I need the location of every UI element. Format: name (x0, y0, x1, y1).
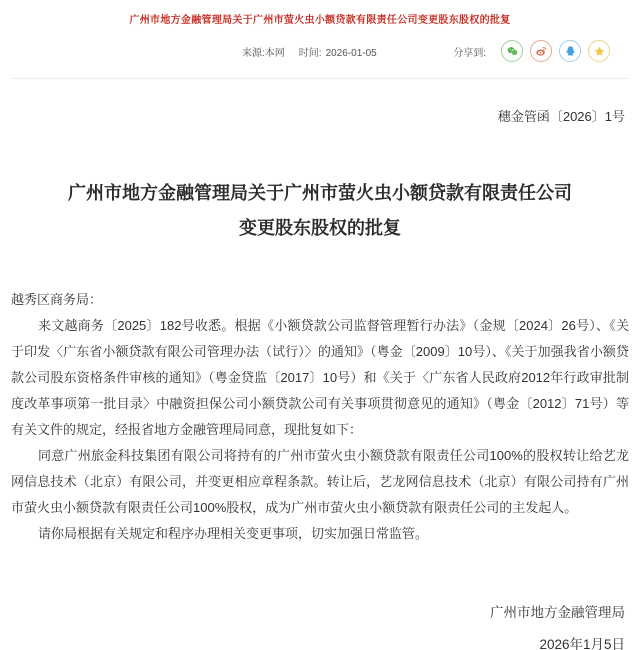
header-divider (12, 78, 628, 79)
time-field: 时间:2026-01-05 (299, 44, 377, 59)
share-label: 分享到: (453, 44, 486, 59)
star-icon (593, 45, 606, 58)
time-label: 时间: (299, 48, 322, 59)
article-header-title: 广州市地方金融管理局关于广州市萤火虫小额贷款有限责任公司变更股东股权的批复 (0, 0, 640, 26)
document-number: 穗金管函〔2026〕1号 (0, 106, 640, 125)
share-favorite-button[interactable] (588, 40, 610, 62)
qq-icon (564, 45, 577, 58)
source-label: 来源:本网 (242, 44, 285, 59)
document-paragraph-3: 请你局根据有关规定和程序办理相关变更事项，切实加强日常监管。 (11, 521, 629, 547)
signature-date: 2026年1月5日 (0, 635, 625, 650)
signature-block: 广州市地方金融管理局 2026年1月5日 (0, 603, 640, 650)
document-title-line2: 变更股东股权的批复 (0, 216, 640, 241)
share-wechat-button[interactable] (501, 40, 523, 62)
document-title-line1: 广州市地方金融管理局关于广州市萤火虫小额贷款有限责任公司 (0, 181, 640, 206)
share-group: 分享到: (453, 40, 610, 62)
weibo-icon (535, 45, 548, 58)
time-value: 2026-01-05 (326, 48, 377, 59)
document-paragraph-1: 来文越商务〔2025〕182号收悉。根据《小额贷款公司监督管理暂行办法》（金规〔… (11, 313, 629, 443)
signature-organization: 广州市地方金融管理局 (0, 603, 625, 623)
salutation: 越秀区商务局： (11, 287, 629, 313)
share-qq-button[interactable] (559, 40, 581, 62)
page: 广州市地方金融管理局关于广州市萤火虫小额贷款有限责任公司变更股东股权的批复 来源… (0, 0, 640, 650)
document-title: 广州市地方金融管理局关于广州市萤火虫小额贷款有限责任公司 变更股东股权的批复 (0, 181, 640, 241)
wechat-icon (506, 45, 519, 58)
document-body: 越秀区商务局： 来文越商务〔2025〕182号收悉。根据《小额贷款公司监督管理暂… (0, 287, 640, 547)
share-weibo-button[interactable] (530, 40, 552, 62)
document-paragraph-2: 同意广州旅金科技集团有限公司将持有的广州市萤火虫小额贷款有限责任公司100%的股… (11, 443, 629, 521)
meta-row: 来源:本网 时间:2026-01-05 分享到: (0, 38, 640, 64)
